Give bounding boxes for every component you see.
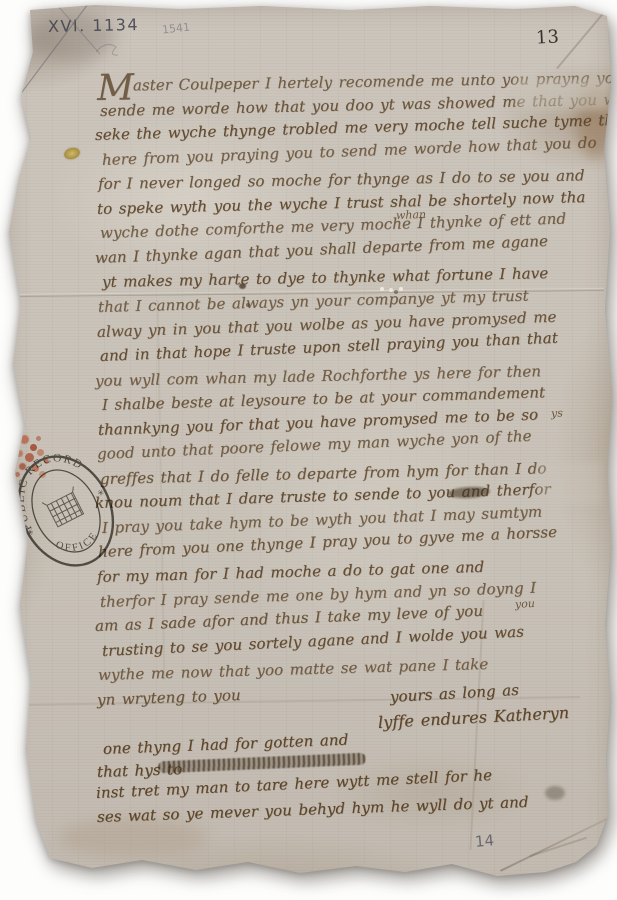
red-ink-specks	[0, 0, 5, 5]
interline-insertion: ys	[551, 407, 563, 420]
faded-ink-patch	[516, 78, 608, 110]
stamp-crest	[42, 487, 86, 529]
stamp-ornament-left: ✳	[25, 527, 35, 538]
parchment-shadow: XVI. 1134 1541 13 14 PUBLIC RECORD OFFIC…	[0, 0, 617, 900]
scan-background: { "annotations": { "reference_mark": "XV…	[0, 0, 617, 900]
interline-insertion: whan	[396, 208, 427, 222]
faded-ink-patch	[538, 462, 602, 504]
letter-line-25: wythe me now that yoo matte se wat pane …	[98, 655, 489, 685]
stamp-arc-bottom-text: OFFICE	[51, 521, 104, 563]
svg-text:OFFICE: OFFICE	[51, 521, 104, 563]
interline-insertion: you	[515, 597, 536, 611]
parchment-sheet: XVI. 1134 1541 13 14 PUBLIC RECORD OFFIC…	[0, 0, 617, 900]
letter-line-26: yn wryteng to you	[97, 686, 241, 710]
